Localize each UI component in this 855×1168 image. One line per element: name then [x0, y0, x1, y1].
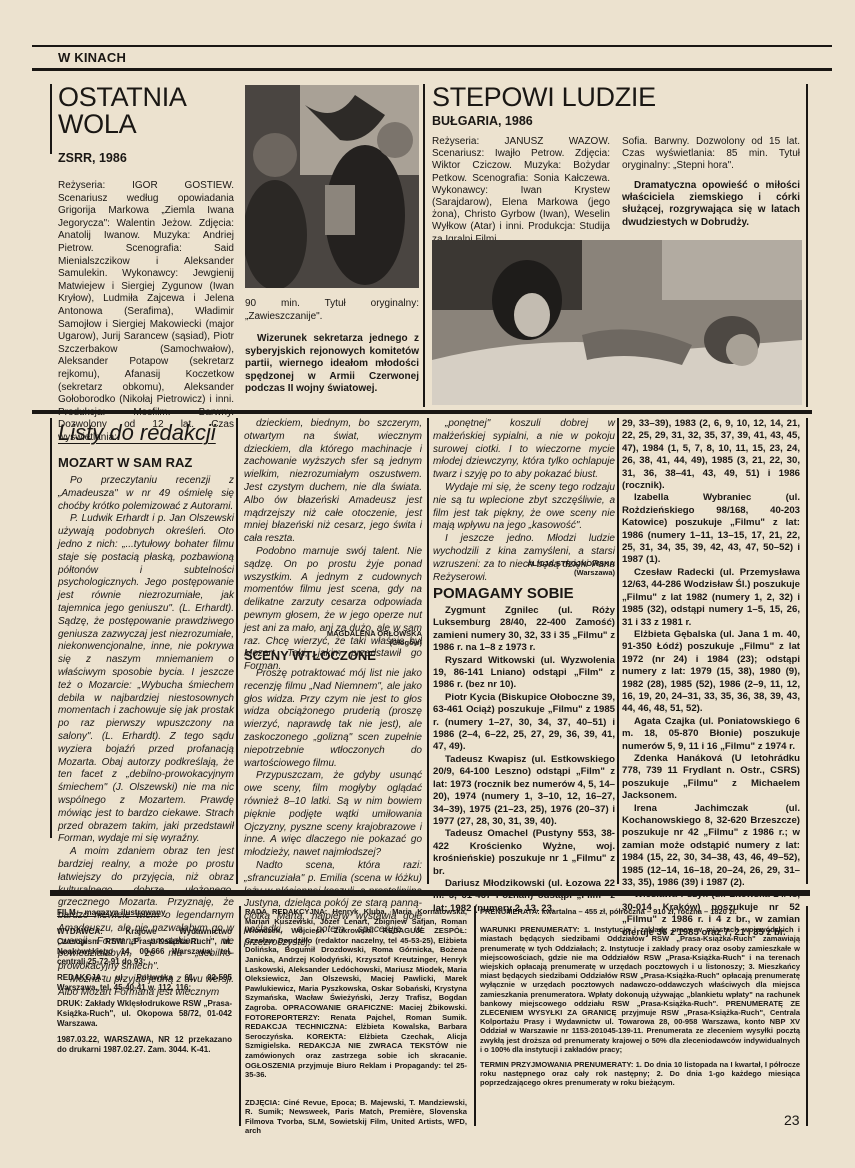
col2-left-bar	[236, 418, 238, 884]
film1-summary: Wizerunek sekretarza jednego z syberyjsk…	[245, 333, 419, 396]
article2-paragraph: „ponętnej" koszuli dobrej w małżeńskiej …	[433, 418, 615, 482]
footer-rule	[50, 890, 810, 896]
printer-info: DRUK: Zakłady Wklęsłodrukowe RSW „Prasa-…	[57, 999, 232, 1029]
mid-rule	[32, 410, 812, 414]
pomagamy-entry: Czesław Radecki (ul. Przemysława 12/63, …	[622, 567, 800, 629]
col4-right-bar	[806, 418, 808, 884]
masthead-left: FILM – magazyn ilustrowany WYDAWCA: Kraj…	[57, 908, 232, 1061]
film1-credits: Reżyseria: IGOR GOSTIEW. Scenariusz wedł…	[58, 180, 234, 444]
film2-title: STEPOWI LUDZIE	[432, 84, 656, 111]
film1-country-year: ZSRR, 1986	[58, 151, 127, 165]
film1-photo-right-bar	[423, 84, 425, 407]
publisher-info: WYDAWCA: Krajowe Wydawnictwo Czasopism R…	[57, 927, 232, 967]
pomagamy-entry: Agata Czajka (ul. Poniatowskiego 6 m. 18…	[622, 716, 800, 753]
pomagamy-entry: Izabella Wybraniec (ul. Rożdzieńskiego 9…	[622, 492, 800, 566]
pomagamy-entry: Tadeusz Omachel (Pustyny 553, 38-422 Kro…	[433, 828, 615, 878]
film2-summary: Dramatyczna opowieść o miłości właścicie…	[622, 180, 800, 229]
magazine-title: FILM – magazyn ilustrowany	[57, 908, 232, 918]
photo-credits: ZDJĘCIA: Ciné Revue, Epoca; B. Majewski,…	[245, 1098, 467, 1136]
pomagamy-entry: Zygmunt Zgnilec (ul. Róży Luksemburg 28/…	[433, 605, 615, 655]
pomagamy-col3: Zygmunt Zgnilec (ul. Róży Luksemburg 28/…	[433, 605, 615, 915]
article1-paragraph: Po przeczytaniu recenzji z „Amadeusza" w…	[58, 475, 234, 513]
masthead-divider-b	[474, 906, 476, 1126]
col3-left-bar	[427, 418, 429, 884]
film2-photo-image	[432, 240, 802, 405]
film2-credits-col2: Sofia. Barwny. Dozwolony od 15 lat. Czas…	[622, 136, 800, 173]
pomagamy-title: POMAGAMY SOBIE	[433, 585, 574, 602]
article2-paragraph: Wydaje mi się, że sceny tego rodzaju nie…	[433, 482, 615, 533]
article1-paragraph: P. Ludwik Erhardt i p. Jan Olszewski uży…	[58, 513, 234, 846]
editorial-board-text: RADA REDAKCYJNA: Henryk Kluba, Maria Kor…	[245, 907, 467, 1080]
film2-credits-col1: Reżyseria: JANUSZ WAZOW. Scenariusz: Iwa…	[432, 136, 610, 246]
article2-title: SCENY WTŁOCZONE	[244, 648, 376, 663]
editorial-address: REDAKCJA: ul. Puławska 61, 02-595 Warsza…	[57, 973, 232, 993]
article2-paragraph: Przypuszczam, że gdyby usunąć owe sceny,…	[244, 770, 422, 860]
film2-photo	[432, 240, 802, 405]
pomagamy-col4: 29, 33–39), 1983 (2, 6, 9, 10, 12, 14, 2…	[622, 418, 800, 939]
pomagamy-entry: Tadeusz Kwapisz (ul. Estkowskiego 20/9, …	[433, 754, 615, 828]
film2-country-year: BUŁGARIA, 1986	[432, 114, 533, 128]
masthead-divider-a	[239, 906, 241, 1126]
masthead-divider-c	[806, 906, 808, 1126]
issue-info: 1987.03.22, WARSZAWA, NR 12 przekazano d…	[57, 1035, 232, 1055]
article1-author: MAGDALENA ORŁOWSKA	[244, 629, 422, 638]
pomagamy-entry: Irena Jachimczak (ul. Kochanowskiego 8, …	[622, 803, 800, 890]
article1-city: (Głogów)	[244, 638, 422, 647]
pomagamy-entry: Piotr Kycia (Biskupice Ołoboczne 39, 63-…	[433, 692, 615, 754]
article2-signature: ALICJA STROJNOWSKA (Warszawa)	[433, 559, 615, 577]
pomagamy-entry: Elżbieta Gębalska (ul. Jana 1 m. 40, 91-…	[622, 629, 800, 716]
pomagamy-entry: Ryszard Witkowski (ul. Wyzwolenia 19, 86…	[433, 655, 615, 692]
header-rule	[32, 68, 832, 71]
article2-paragraph: Proszę potraktować mój list nie jako rec…	[244, 668, 422, 770]
subscription-prices: PRENUMERATA: kwartalna – 455 zł, półrocz…	[480, 907, 800, 916]
article1-signature: MAGDALENA ORŁOWSKA (Głogów)	[244, 629, 422, 647]
film1-left-bar	[50, 84, 52, 154]
film1-credits-continued: 90 min. Tytuł oryginalny: „Zawieszczanij…	[245, 298, 419, 323]
article2-city: (Warszawa)	[433, 568, 615, 577]
page-number: 23	[784, 1112, 800, 1128]
film1-photo	[245, 85, 419, 288]
film1-title-line1: OSTATNIA	[58, 84, 187, 111]
film1-title-line2: WOLA	[58, 111, 187, 138]
top-rule	[32, 45, 832, 47]
pomagamy-entry: Zdenka Hanáková (U letohrádku 778, 739 1…	[622, 753, 800, 803]
film1-title: OSTATNIA WOLA	[58, 84, 187, 138]
col4-left-bar	[617, 418, 619, 884]
film1-photo-image	[245, 85, 419, 288]
letters-left-bar	[50, 418, 52, 838]
article2-author: ALICJA STROJNOWSKA	[433, 559, 615, 568]
editorial-board: RADA REDAKCYJNA: Henryk Kluba, Maria Kor…	[245, 907, 467, 1142]
article1-paragraph: dzieckiem, biednym, bo szczerym, otwarty…	[244, 418, 422, 546]
subscription-terms: WARUNKI PRENUMERATY: 1. Instytucje i zak…	[480, 925, 800, 1054]
film2-right-bar	[806, 84, 808, 407]
letters-heading: Listy do redakcji	[58, 420, 216, 446]
article1-title: MOZART W SAM RAZ	[58, 455, 192, 470]
subscription-deadline: TERMIN PRZYJMOWANIA PRENUMERATY: 1. Do d…	[480, 1060, 800, 1088]
subscription-info: PRENUMERATA: kwartalna – 455 zł, półrocz…	[480, 907, 800, 1094]
section-label: W KINACH	[58, 50, 126, 65]
pomagamy-entry: 29, 33–39), 1983 (2, 6, 9, 10, 12, 14, 2…	[622, 418, 800, 492]
